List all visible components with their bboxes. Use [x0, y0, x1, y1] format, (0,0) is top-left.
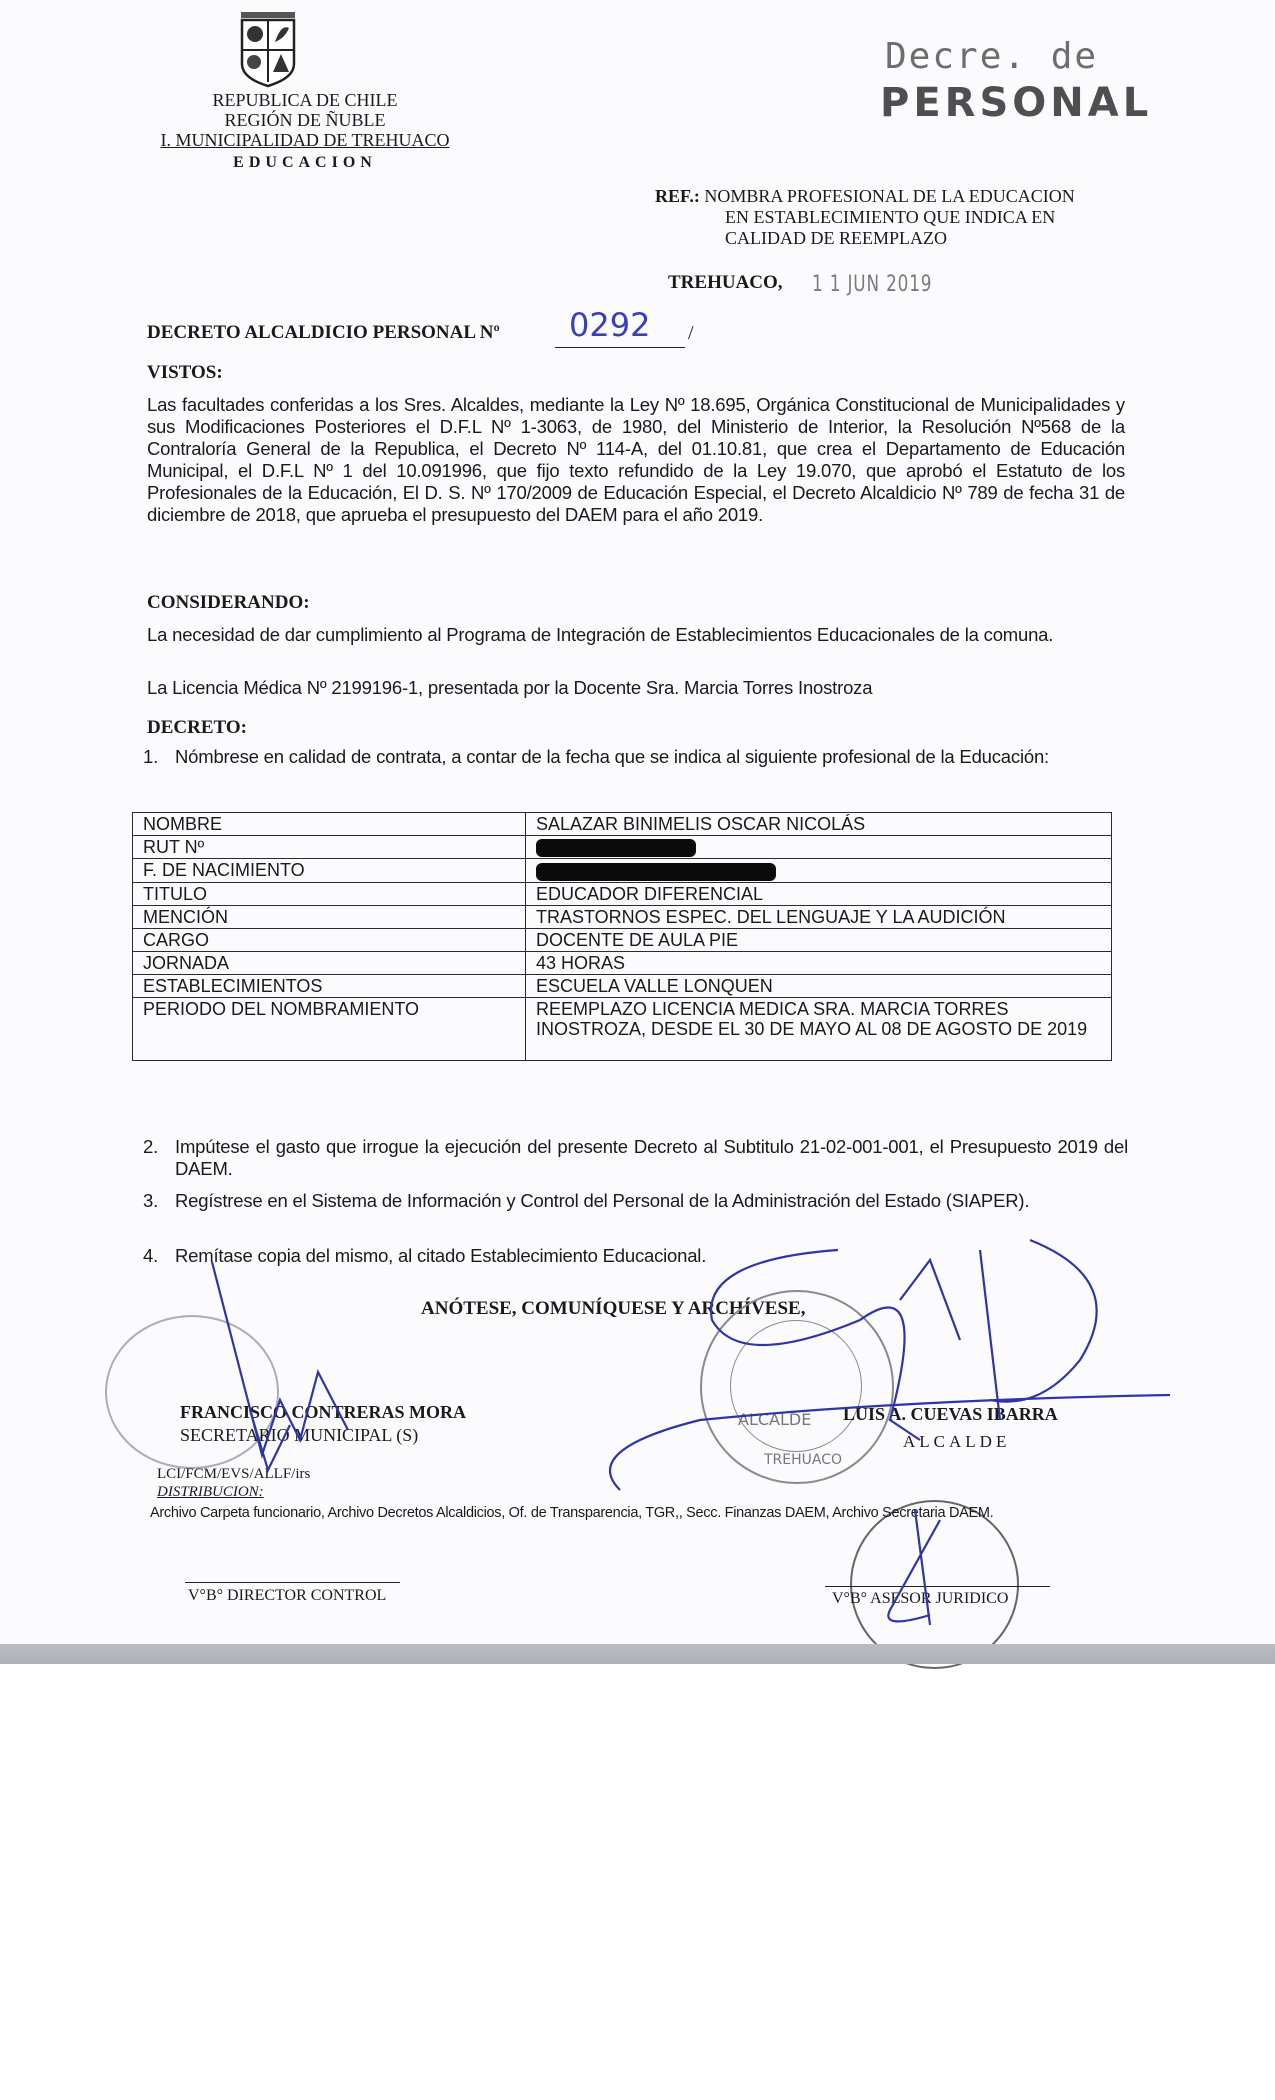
vistos-heading: VISTOS: — [147, 362, 223, 384]
mayor-role: ALCALDE — [903, 1432, 1010, 1452]
reference-block: REF.: NOMBRA PROFESIONAL DE LA EDUCACION… — [655, 186, 1075, 249]
vistos-text: Las facultades conferidas a los Sres. Al… — [147, 394, 1125, 526]
ref-line-1: NOMBRA PROFESIONAL DE LA EDUCACION — [704, 186, 1074, 206]
decreto-item-1: 1. Nómbrese en calidad de contrata, a co… — [143, 746, 1128, 768]
table-row: F. DE NACIMIENTO — [133, 859, 1112, 882]
header-region: REGIÓN DE ÑUBLE — [130, 110, 480, 130]
municipal-coat-of-arms-icon — [237, 12, 299, 88]
appointee-details-table: NOMBRE SALAZAR BINIMELIS OSCAR NICOLÁS R… — [132, 812, 1112, 1061]
ref-line-2: EN ESTABLECIMIENTO QUE INDICA EN — [655, 207, 1075, 228]
decree-slash: / — [688, 322, 694, 345]
vb-director-control: V°B° DIRECTOR CONTROL — [188, 1587, 386, 1605]
mayor-name: LUIS A. CUEVAS IBARRA — [843, 1404, 1058, 1425]
considerando-line-2: La Licencia Médica Nº 2199196-1, present… — [147, 677, 1125, 699]
table-row: RUT Nº — [133, 836, 1112, 859]
decree-title: DECRETO ALCALDICIO PERSONAL Nº — [147, 322, 500, 344]
scanned-document-page: REPUBLICA DE CHILE REGIÓN DE ÑUBLE I. MU… — [0, 0, 1275, 1660]
decreto-item-2: 2. Impútese el gasto que irrogue la ejec… — [143, 1136, 1128, 1180]
redacted-rut — [526, 836, 1112, 859]
decree-number-handwritten: 0292 — [555, 306, 685, 348]
ref-line-3: CALIDAD DE REEMPLAZO — [655, 228, 1075, 249]
decreto-item-4: 4. Remítase copia del mismo, al citado E… — [143, 1245, 1128, 1267]
mayor-seal-icon: ALCALDE TREHUACO — [700, 1290, 894, 1484]
reference-initials: LCI/FCM/EVS/ALLF/irs — [157, 1466, 310, 1483]
signature-line-legal — [825, 1586, 1050, 1587]
place-label: TREHUACO, — [668, 272, 783, 294]
table-row: MENCIÓN TRASTORNOS ESPEC. DEL LENGUAJE Y… — [133, 905, 1112, 928]
secretary-role: SECRETARIO MUNICIPAL (S) — [180, 1425, 418, 1446]
scan-bottom-edge — [0, 1644, 1275, 1664]
table-row: ESTABLECIMIENTOS ESCUELA VALLE LONQUEN — [133, 974, 1112, 997]
considerando-line-1: La necesidad de dar cumplimiento al Prog… — [147, 624, 1125, 646]
header-country: REPUBLICA DE CHILE — [130, 90, 480, 110]
date-stamp: 1 1 JUN 2019 — [812, 272, 932, 297]
distribution-list: Archivo Carpeta funcionario, Archivo Dec… — [150, 1505, 993, 1521]
decreto-heading: DECRETO: — [147, 717, 247, 739]
distribution-heading: DISTRIBUCION: — [157, 1484, 264, 1501]
table-row: NOMBRE SALAZAR BINIMELIS OSCAR NICOLÁS — [133, 813, 1112, 836]
ref-label: REF.: — [655, 186, 700, 206]
secretary-name: FRANCISCO CONTRERAS MORA — [180, 1402, 466, 1423]
table-row: PERIODO DEL NOMBRAMIENTO REEMPLAZO LICEN… — [133, 997, 1112, 1060]
table-row: TITULO EDUCADOR DIFERENCIAL — [133, 882, 1112, 905]
stamp-decre-de: Decre. de — [885, 36, 1098, 77]
considerando-heading: CONSIDERANDO: — [147, 592, 310, 614]
decreto-item-3: 3. Regístrese en el Sistema de Informaci… — [143, 1190, 1128, 1212]
table-row: JORNADA 43 HORAS — [133, 951, 1112, 974]
redacted-birthdate — [526, 859, 1112, 882]
table-row: CARGO DOCENTE DE AULA PIE — [133, 928, 1112, 951]
header-municipality: I. MUNICIPALIDAD DE TREHUACO — [130, 130, 480, 150]
vb-legal-advisor: V°B° ASESOR JURIDICO — [832, 1590, 1008, 1608]
header-department: EDUCACION — [130, 153, 480, 173]
signature-line-control — [185, 1582, 400, 1583]
stamp-personal: PERSONAL — [880, 80, 1152, 126]
